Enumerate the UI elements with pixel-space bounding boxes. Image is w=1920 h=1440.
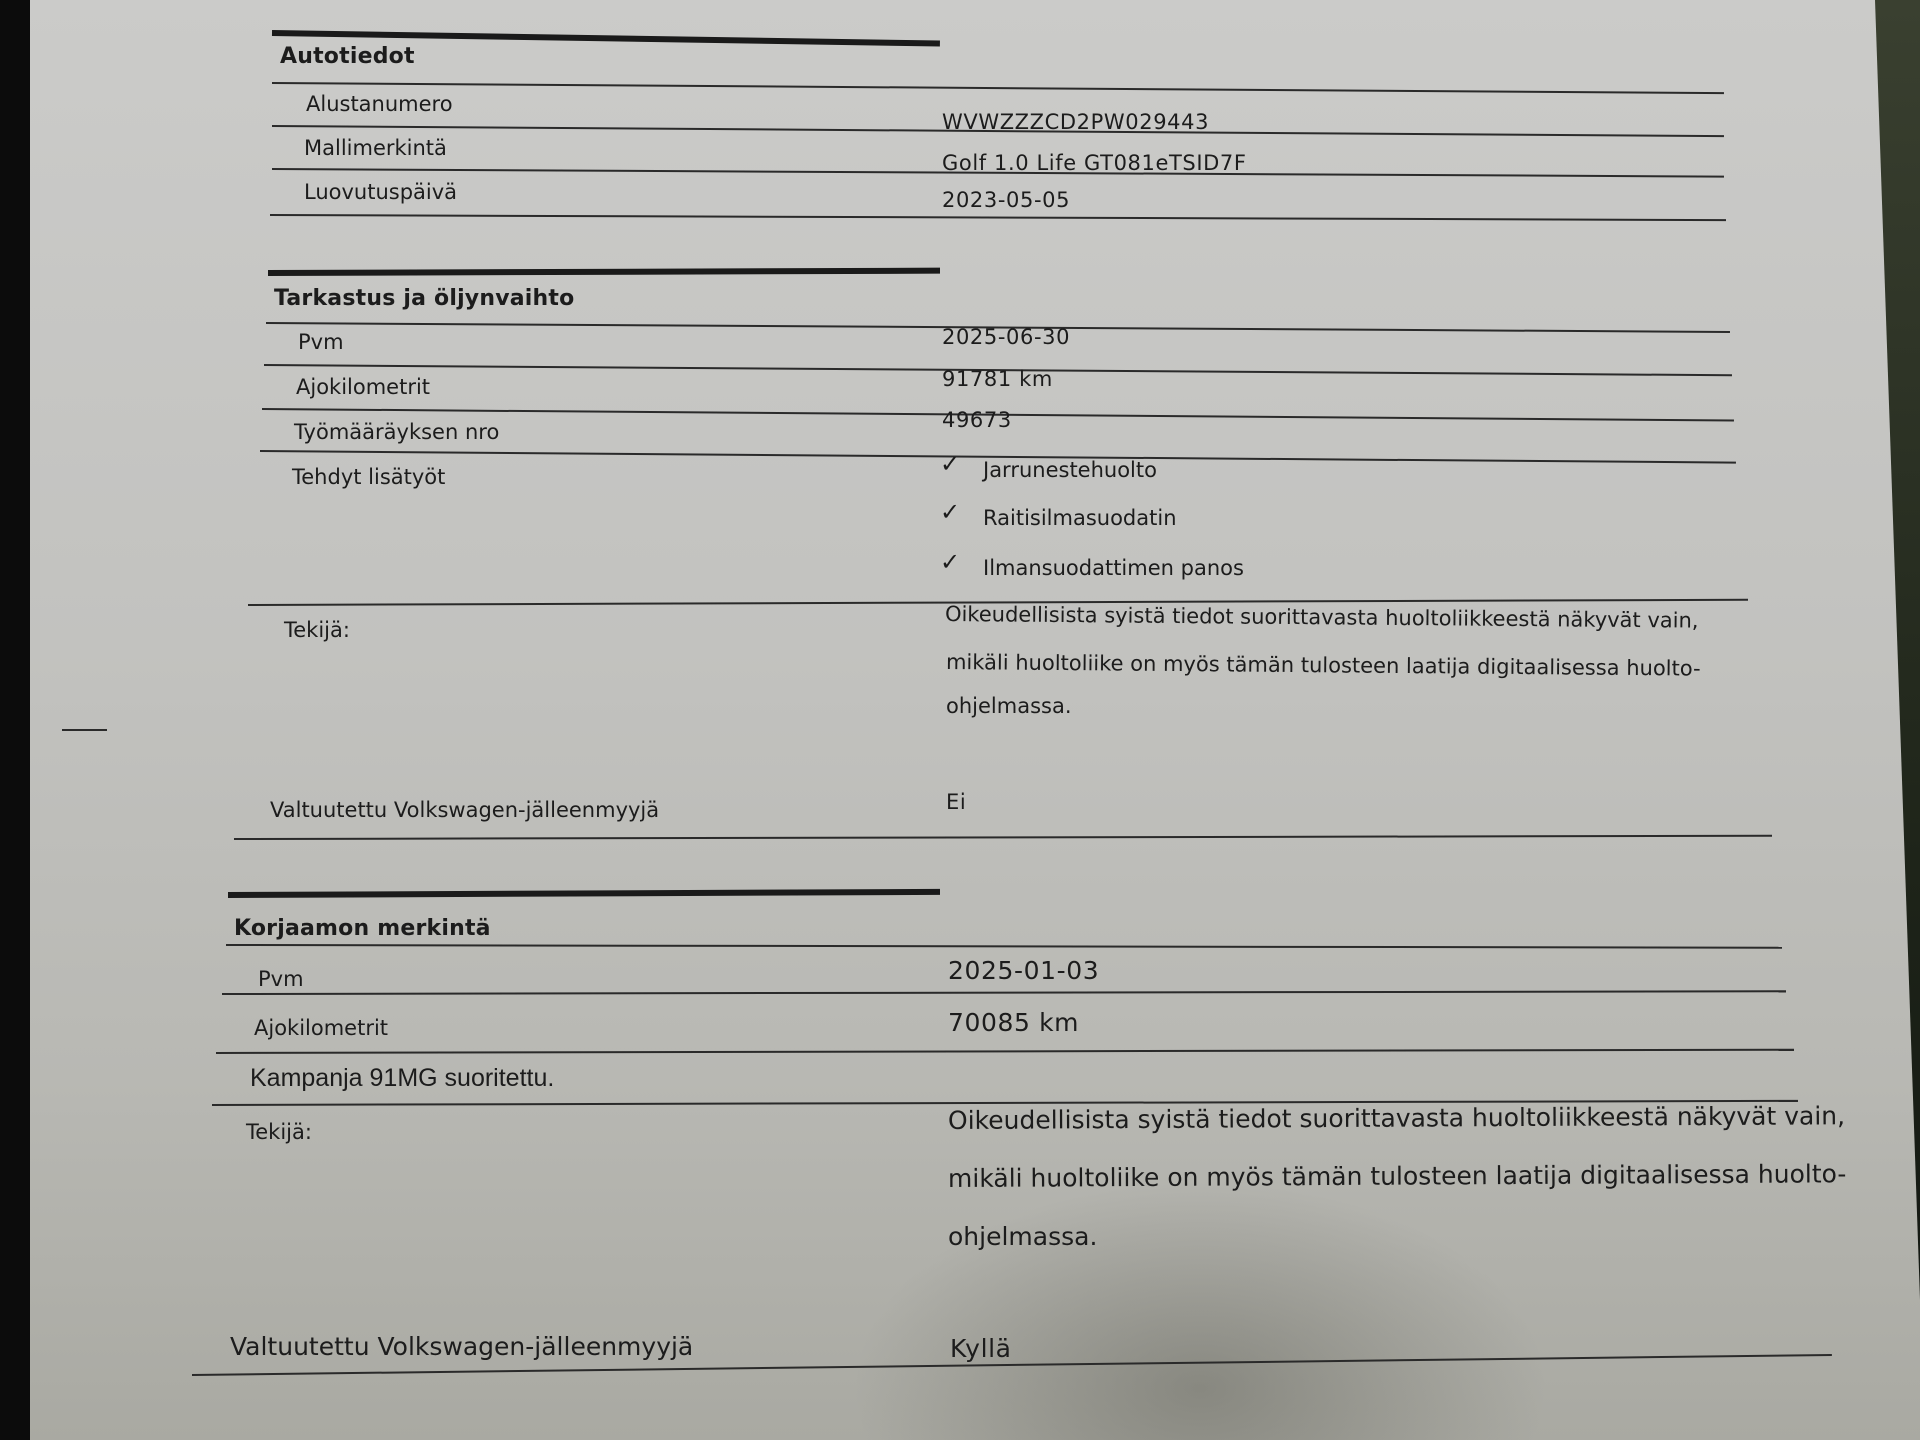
legal-notice-line: mikäli huoltoliike on myös tämän tuloste… (946, 652, 1701, 680)
row-rule (234, 835, 1772, 840)
row-label: Pvm (258, 967, 304, 991)
mileage-value: 91781 km (942, 367, 1053, 391)
row-label: Valtuutettu Volkswagen-jälleenmyyjä (270, 798, 659, 822)
campaign-note: Kampanja 91MG suoritettu. (250, 1064, 554, 1093)
row-label: Tehdyt lisätyöt (292, 465, 445, 489)
row-label: Ajokilometrit (296, 375, 430, 399)
section-title-autotiedot: Autotiedot (280, 44, 415, 69)
extra-work-label: Ilmansuodattimen panos (983, 556, 1244, 580)
row-rule (272, 82, 1724, 94)
row-rule (216, 1049, 1794, 1054)
row-rule (226, 944, 1782, 949)
legal-notice-line: Oikeudellisista syistä tiedot suorittava… (948, 1103, 1845, 1133)
inspection-date-value: 2025-06-30 (942, 325, 1070, 349)
repair-date-value: 2025-01-03 (948, 956, 1099, 985)
legal-notice-line: Oikeudellisista syistä tiedot suorittava… (945, 604, 1699, 632)
row-label: Ajokilometrit (254, 1016, 388, 1040)
delivery-date-value: 2023-05-05 (942, 188, 1070, 212)
row-label: Alustanumero (306, 92, 453, 116)
background-left-edge (0, 0, 30, 1440)
hand-shadow (850, 1180, 1550, 1440)
row-label: Mallimerkintä (304, 136, 447, 160)
row-label: Luovutuspäivä (304, 180, 457, 204)
extra-work-label: Raitisilmasuodatin (983, 506, 1177, 530)
row-label: Valtuutettu Volkswagen-jälleenmyyjä (230, 1332, 693, 1361)
legal-notice-line: ohjelmassa. (946, 696, 1072, 717)
legal-notice-line: ohjelmassa. (948, 1224, 1097, 1249)
section-title-korjaamo: Korjaamon merkintä (234, 916, 491, 941)
checkmark-icon: ✓ (940, 548, 960, 576)
checkmark-icon: ✓ (940, 450, 960, 478)
section-divider (228, 889, 940, 898)
work-order-value: 49673 (942, 408, 1012, 432)
checkmark-icon: ✓ (940, 498, 960, 526)
extra-work-label: Jarrunestehuolto (983, 458, 1157, 482)
row-label: Pvm (298, 330, 344, 354)
row-label: Työmääräyksen nro (294, 420, 499, 444)
service-record-page: Autotiedot Alustanumero WVWZZZCD2PW02944… (30, 0, 1920, 1440)
section-divider (268, 268, 940, 276)
repair-mileage-value: 70085 km (948, 1008, 1079, 1037)
authorized-dealer-value: Kyllä (950, 1334, 1012, 1363)
authorized-dealer-value: Ei (946, 790, 966, 814)
row-label: Tekijä: (246, 1120, 312, 1144)
row-rule (222, 990, 1786, 995)
margin-mark (62, 729, 107, 731)
row-rule (270, 214, 1726, 221)
section-title-tarkastus: Tarkastus ja öljynvaihto (274, 286, 574, 311)
legal-notice-line: mikäli huoltoliike on myös tämän tuloste… (948, 1161, 1847, 1191)
row-label: Tekijä: (284, 618, 350, 642)
